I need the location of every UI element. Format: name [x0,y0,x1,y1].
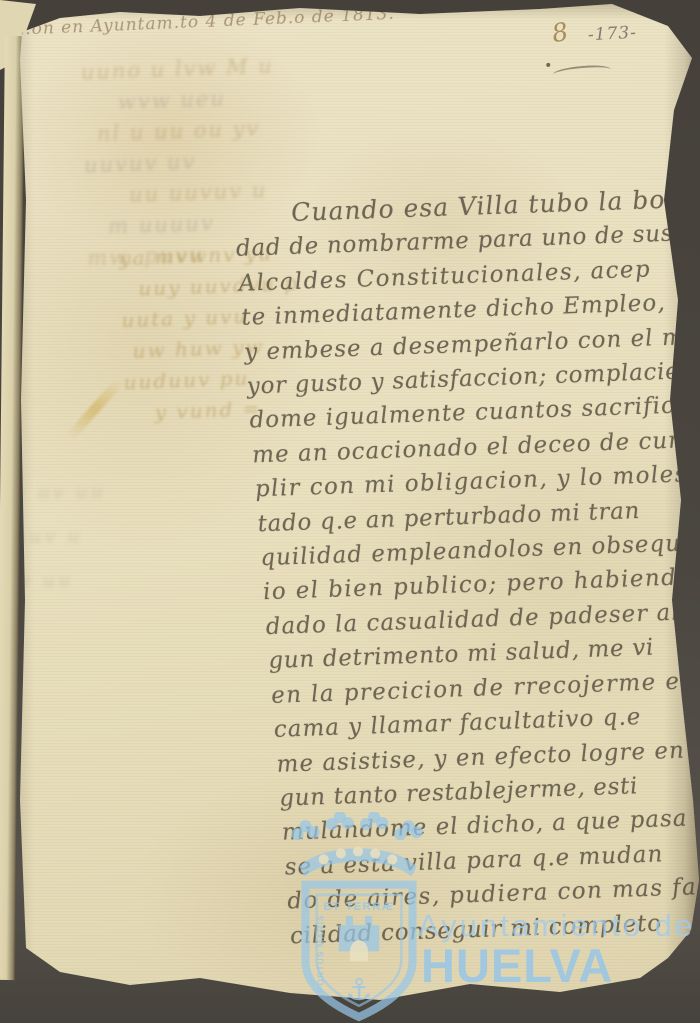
folio-number-pencil: -173- [588,23,638,46]
folio-number-ink: 8 [550,17,571,48]
manuscript-page: uuno u lvw M uwvw ueunl u uu ou yvuuvuv … [0,0,700,1023]
bleedthrough-line: nl u uu ou yv [96,113,276,150]
bleedthrough-line: uuv u [14,513,108,559]
scan-background: uuno u lvw M uwvw ueunl u uu ou yvuuvuv … [0,0,700,1023]
pen-stroke-mark [553,63,612,80]
letter-body-text: Cuando esa Villa tubo la bondad de nombr… [232,182,700,953]
bleedthrough-line: w uu [14,557,108,603]
bleedthrough-line: u uv uu [13,469,107,515]
ink-stain-streak [65,377,125,442]
bleedthrough-text-lower: u uv uuuuv uw uu [13,469,108,603]
gutter-page-edge [0,36,25,980]
registry-annotation: ...on en Ayuntam.to 4 de Feb.o de 1813. [12,6,343,40]
